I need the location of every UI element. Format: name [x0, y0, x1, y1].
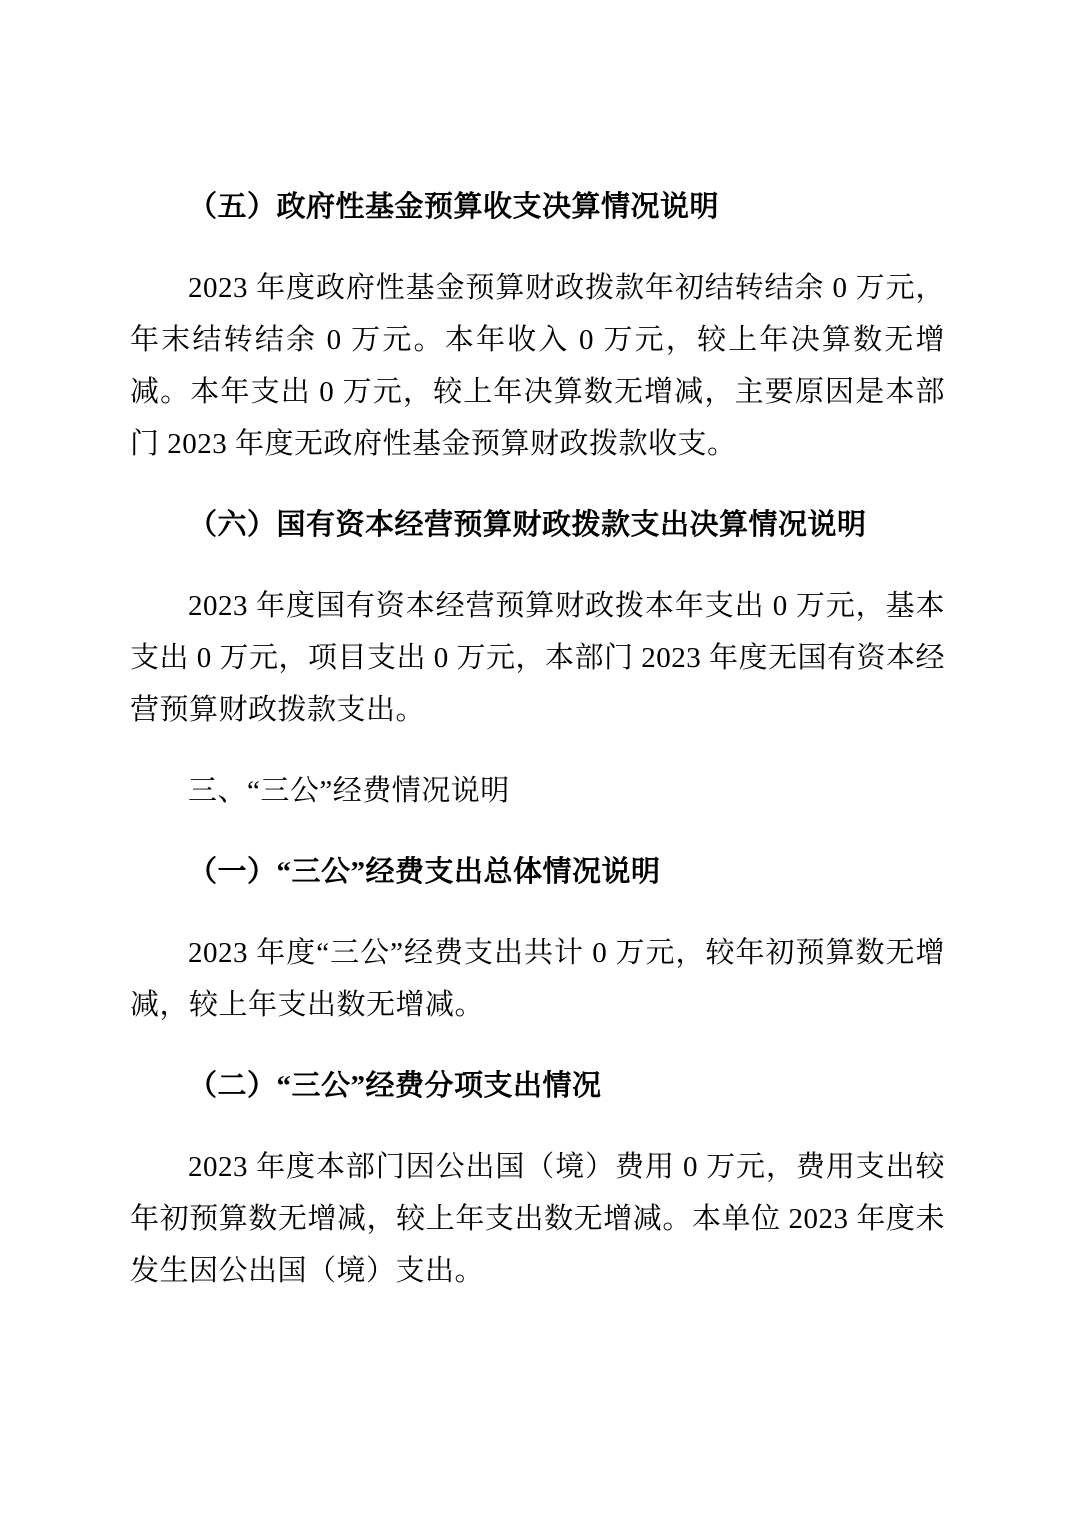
- heading-three-public-overall: （一）“三公”经费支出总体情况说明: [130, 846, 945, 898]
- heading-three-public-itemized: （二）“三公”经费分项支出情况: [130, 1060, 945, 1112]
- heading-state-capital-budget: （六）国有资本经营预算财政拨款支出决算情况说明: [130, 499, 945, 551]
- paragraph-three-public-itemized: 2023 年度本部门因公出国（境）费用 0 万元，费用支出较年初预算数无增减，较…: [130, 1141, 945, 1297]
- heading-gov-fund-budget: （五）政府性基金预算收支决算情况说明: [130, 181, 945, 233]
- heading-three-public-funds-section: 三、“三公”经费情况说明: [130, 765, 945, 817]
- paragraph-gov-fund-budget: 2023 年度政府性基金预算财政拨款年初结转结余 0 万元，年末结转结余 0 万…: [130, 262, 945, 470]
- document-page: （五）政府性基金预算收支决算情况说明 2023 年度政府性基金预算财政拨款年初结…: [0, 0, 1075, 1521]
- paragraph-three-public-overall: 2023 年度“三公”经费支出共计 0 万元，较年初预算数无增减，较上年支出数无…: [130, 927, 945, 1031]
- paragraph-state-capital-budget: 2023 年度国有资本经营预算财政拨本年支出 0 万元，基本支出 0 万元，项目…: [130, 580, 945, 736]
